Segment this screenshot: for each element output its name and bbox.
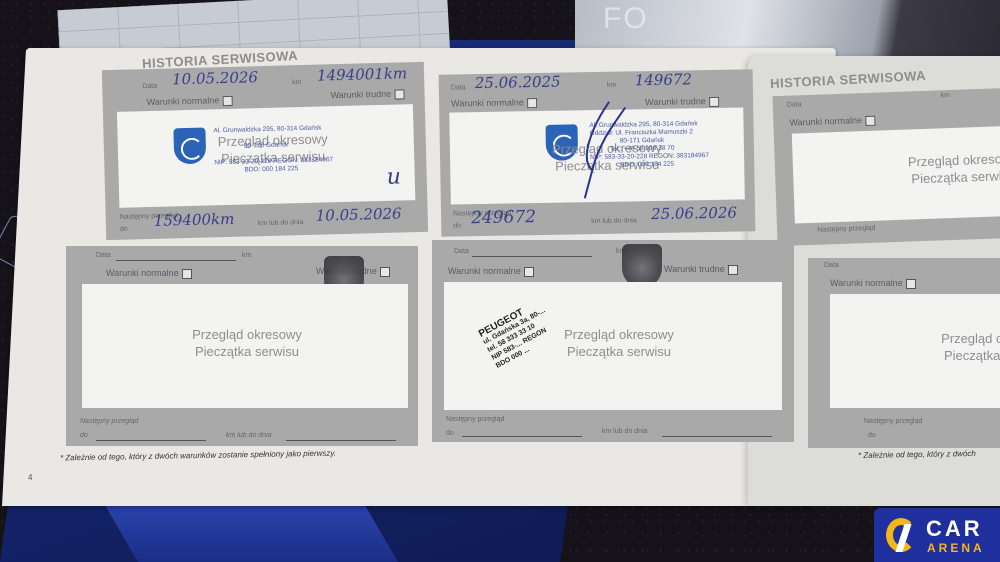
next-do-label: do <box>868 432 876 439</box>
next-do-label: do <box>453 222 461 229</box>
km-value[interactable]: 1494001km <box>317 64 408 84</box>
next-km-line[interactable] <box>96 440 206 441</box>
right-service-entry-2: Data Warunki normalne Przegląd okresowyP… <box>808 258 1000 448</box>
next-service-label: Następny przegląd <box>817 225 876 234</box>
stamp-area: Przegląd okresowyPieczątka serwisu <box>792 126 1000 224</box>
stamp-area: Przegląd okresowyPieczątka serwisu <box>830 294 1000 408</box>
service-entry-4: Data km Warunki normalne Warunki trudne … <box>432 240 794 442</box>
right-service-entry-1: Data km Warunki normalne Przegląd okreso… <box>772 88 1000 246</box>
normal-conditions-label: Warunki normalne <box>106 268 192 279</box>
normal-conditions-label: Warunki normalne <box>789 115 875 129</box>
date-value[interactable]: 25.06.2025 <box>475 73 561 92</box>
page-number: 4 <box>28 473 32 482</box>
stamp-area: Przegląd okresowyPieczątka serwisu Al. G… <box>449 107 745 204</box>
service-entry-2: Data 25.06.2025 km 149672 Warunki normal… <box>439 69 756 236</box>
stamp-placeholder: Przegląd okresowyPieczątka serwisu <box>883 149 1000 189</box>
normal-conditions-checkbox[interactable] <box>182 269 192 279</box>
signature-stroke <box>569 99 631 200</box>
next-do-label: do <box>120 226 128 233</box>
normal-conditions-label: Warunki normalne <box>448 266 534 277</box>
km-label: km <box>292 79 302 86</box>
date-value[interactable]: 10.05.2026 <box>172 68 258 88</box>
hard-conditions-checkbox[interactable] <box>709 96 719 106</box>
hard-conditions-checkbox[interactable] <box>728 265 738 275</box>
stamp-placeholder: Przegląd okresowyPieczątka serwisu <box>534 326 704 360</box>
stamp-area: Przegląd okresowyPieczątka serwisu PEUGE… <box>444 282 782 410</box>
service-entry-3: Data km Warunki normalne Warunki trudne … <box>66 246 418 446</box>
date-label: Data <box>824 262 839 269</box>
date-label: Data <box>787 101 802 109</box>
date-line[interactable] <box>472 256 592 257</box>
hard-conditions-label: Warunki trudne <box>645 96 719 108</box>
service-entry-1: Data 10.05.2026 km 1494001km Warunki nor… <box>102 62 428 240</box>
stamp-placeholder: Przegląd okresowyPieczątka serwisu <box>162 326 332 360</box>
stamp-area: Przegląd okresowyPieczątka serwisu Al. G… <box>117 104 415 208</box>
next-date-value[interactable]: 25.06.2026 <box>651 204 737 223</box>
next-date-line[interactable] <box>662 436 772 437</box>
hard-conditions-label: Warunki trudne <box>330 88 404 101</box>
date-line[interactable] <box>116 260 236 261</box>
stamp-area: Przegląd okresowyPieczątka serwisu <box>82 284 408 408</box>
next-do-label: do <box>446 430 454 437</box>
signature: u <box>386 164 401 189</box>
km-label: km <box>940 92 950 99</box>
hard-conditions-label: Warunki trudne <box>664 264 738 275</box>
car-arena-logo: CAR ARENA <box>874 508 1000 562</box>
date-label: Data <box>96 252 111 259</box>
normal-conditions-checkbox[interactable] <box>865 115 875 125</box>
next-km-value[interactable]: 159400km <box>154 210 235 230</box>
logo-arena-text: ARENA <box>927 541 985 555</box>
next-date-label: km lub do dnia <box>226 432 272 439</box>
stamp-placeholder: Przegląd okresowyPieczątka serwisu <box>936 330 1000 364</box>
normal-conditions-label: Warunki normalne <box>147 95 233 108</box>
normal-conditions-checkbox[interactable] <box>524 267 534 277</box>
card-letters: FO <box>603 2 649 36</box>
hard-conditions-checkbox[interactable] <box>380 267 390 277</box>
date-label: Data <box>142 83 157 90</box>
next-km-line[interactable] <box>462 436 582 437</box>
next-date-label: km lub do dnia <box>591 217 637 225</box>
next-service-label: Następny przegląd <box>864 418 922 425</box>
logo-car-text: CAR <box>926 516 983 542</box>
next-km-value[interactable]: 249672 <box>471 207 536 228</box>
hard-conditions-checkbox[interactable] <box>394 89 404 99</box>
next-date-line[interactable] <box>286 440 396 441</box>
km-label: km <box>242 252 251 259</box>
km-label: km <box>607 82 616 89</box>
next-do-label: do <box>80 432 88 439</box>
car-arena-mark-icon <box>886 518 916 552</box>
next-date-label: km lub do dnia <box>258 219 304 227</box>
normal-conditions-checkbox[interactable] <box>222 95 232 105</box>
normal-conditions-checkbox[interactable] <box>906 279 916 289</box>
normal-conditions-label: Warunki normalne <box>830 278 916 289</box>
next-date-label: km lub do dnia <box>602 428 648 435</box>
date-label: Data <box>451 84 466 91</box>
next-date-value[interactable]: 10.05.2026 <box>315 204 401 224</box>
normal-conditions-label: Warunki normalne <box>451 97 537 109</box>
next-service-label: Następny przegląd <box>446 416 504 423</box>
next-service-label: Następny przegląd <box>80 418 138 425</box>
km-value[interactable]: 149672 <box>635 70 693 89</box>
normal-conditions-checkbox[interactable] <box>527 98 537 108</box>
service-stamp: Al. Grunwaldzka 295, 80-314 Gdańsk 80-12… <box>213 124 333 175</box>
date-label: Data <box>454 248 469 255</box>
